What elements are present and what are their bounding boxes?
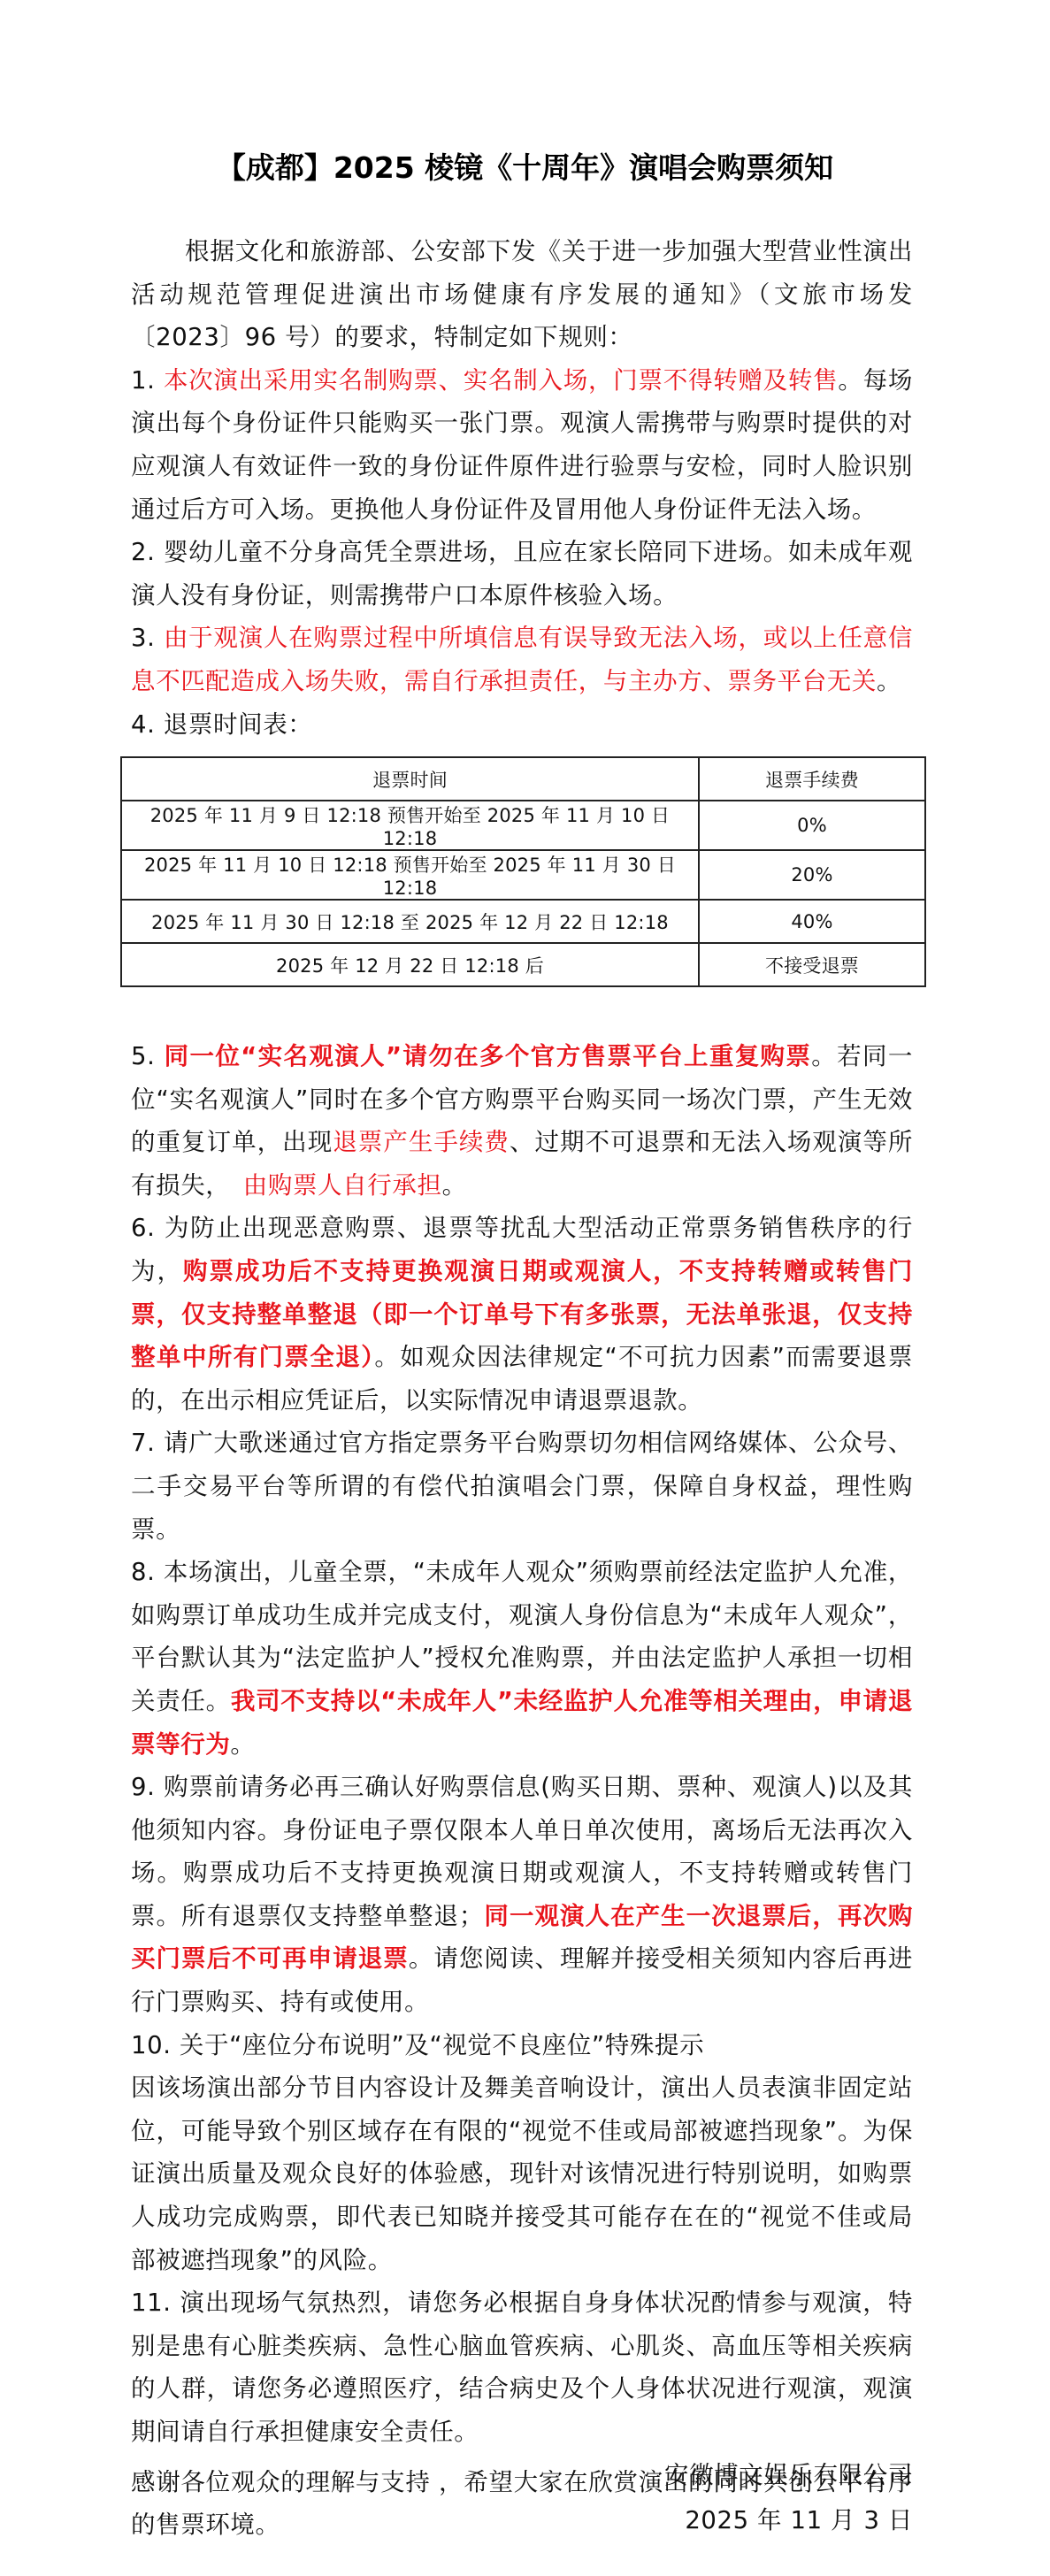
item-text: 请广大歌迷通过官方指定票务平台购票切勿相信网络媒体、公众号、二手交易平台等所谓的… bbox=[131, 1429, 913, 1543]
rule-item-4: 4. 退票时间表： bbox=[131, 703, 913, 747]
header-refund-time: 退票时间 bbox=[121, 757, 699, 801]
item-text: 退票时间表： bbox=[164, 710, 313, 739]
refund-fee: 0% bbox=[699, 801, 925, 850]
item-number: 6. bbox=[131, 1214, 155, 1242]
rule-item-2: 2. 婴幼儿童不分身高凭全票进场，且应在家长陪同下进场。如未成年观演人没有身份证… bbox=[131, 531, 913, 617]
item-number: 5. bbox=[131, 1042, 155, 1070]
item-number: 9. bbox=[131, 1773, 155, 1801]
table-header-row: 退票时间 退票手续费 bbox=[121, 757, 925, 801]
refund-period: 2025 年 11 月 10 日 12:18 预售开始至 2025 年 11 月… bbox=[121, 850, 699, 900]
table-row: 2025 年 11 月 9 日 12:18 预售开始至 2025 年 11 月 … bbox=[121, 801, 925, 850]
rule-item-5: 5. 同一位“实名观演人”请勿在多个官方售票平台上重复购票。若同一位“实名观演人… bbox=[131, 1035, 913, 1207]
emphasis-text: 由购票人自行承担 bbox=[243, 1171, 442, 1200]
refund-schedule-table: 退票时间 退票手续费 2025 年 11 月 9 日 12:18 预售开始至 2… bbox=[120, 756, 926, 987]
item-text: 。 bbox=[877, 667, 901, 695]
item-text: 演出现场气氛热烈，请您务必根据自身身体状况酌情参与观演，特别是患有心脏类疾病、急… bbox=[131, 2288, 913, 2446]
item-number: 8. bbox=[131, 1558, 155, 1586]
rule-item-3: 3. 由于观演人在购票过程中所填信息有误导致无法入场，或以上任意信息不匹配造成入… bbox=[131, 617, 913, 702]
refund-period: 2025 年 12 月 22 日 12:18 后 bbox=[121, 943, 699, 986]
emphasis-text: 本次演出采用实名制购票、实名制入场，门票不得转赠及转售 bbox=[164, 366, 838, 395]
item-number: 7. bbox=[131, 1429, 155, 1457]
rule-item-6: 6. 为防止出现恶意购票、退票等扰乱大型活动正常票务销售秩序的行为，购票成功后不… bbox=[131, 1207, 913, 1422]
intro-paragraph: 根据文化和旅游部、公安部下发《关于进一步加强大型营业性演出活动规范管理促进演出市… bbox=[131, 230, 913, 359]
emphasis-text: 同一位“实名观演人”请勿在多个官方售票平台上重复购票 bbox=[165, 1042, 812, 1070]
signature-company: 安徽博文娱乐有限公司 bbox=[664, 2455, 913, 2490]
item-text: 关于“座位分布说明”及“视觉不良座位”特殊提示 bbox=[180, 2031, 704, 2059]
table-row: 2025 年 11 月 30 日 12:18 至 2025 年 12 月 22 … bbox=[121, 900, 925, 943]
rule-item-9: 9. 购票前请务必再三确认好购票信息(购买日期、票种、观演人)以及其他须知内容。… bbox=[131, 1766, 913, 2024]
refund-period: 2025 年 11 月 30 日 12:18 至 2025 年 12 月 22 … bbox=[121, 900, 699, 943]
rule-item-10: 10. 关于“座位分布说明”及“视觉不良座位”特殊提示 bbox=[131, 2024, 913, 2067]
refund-fee: 40% bbox=[699, 900, 925, 943]
document-title: 【成都】2025 棱镜《十周年》演唱会购票须知 bbox=[0, 145, 1050, 187]
item-text: 。 bbox=[230, 1730, 255, 1759]
emphasis-text: 由于观演人在购票过程中所填信息有误导致无法入场，或以上任意信息不匹配造成入场失败… bbox=[131, 624, 913, 695]
item-text: 。 bbox=[442, 1171, 467, 1200]
rule-item-8: 8. 本场演出，儿童全票，“未成年人观众”须购票前经法定监护人允准，如购票订单成… bbox=[131, 1551, 913, 1766]
refund-fee: 不接受退票 bbox=[699, 943, 925, 986]
refund-fee: 20% bbox=[699, 850, 925, 900]
rule-item-7: 7. 请广大歌迷通过官方指定票务平台购票切勿相信网络媒体、公众号、二手交易平台等… bbox=[131, 1422, 913, 1551]
item-text: 婴幼儿童不分身高凭全票进场，且应在家长陪同下进场。如未成年观演人没有身份证，则需… bbox=[131, 538, 913, 609]
item-number: 4. bbox=[131, 710, 155, 739]
item-number: 2. bbox=[131, 538, 155, 566]
item-number: 3. bbox=[131, 624, 155, 652]
rule-item-11: 11. 演出现场气氛热烈，请您务必根据自身身体状况酌情参与观演，特别是患有心脏类… bbox=[131, 2281, 913, 2453]
rule-item-1: 1. 本次演出采用实名制购票、实名制入场，门票不得转赠及转售。每场演出每个身份证… bbox=[131, 359, 913, 531]
rule-item-10-body: 因该场演出部分节目内容设计及舞美音响设计，演出人员表演非固定站位，可能导致个别区… bbox=[131, 2066, 913, 2281]
signature-date: 2025 年 11 月 3 日 bbox=[685, 2500, 913, 2535]
header-refund-fee: 退票手续费 bbox=[699, 757, 925, 801]
refund-period: 2025 年 11 月 9 日 12:18 预售开始至 2025 年 11 月 … bbox=[121, 801, 699, 850]
notice-body-bottom: 5. 同一位“实名观演人”请勿在多个官方售票平台上重复购票。若同一位“实名观演人… bbox=[131, 1035, 913, 2547]
table-row: 2025 年 11 月 10 日 12:18 预售开始至 2025 年 11 月… bbox=[121, 850, 925, 900]
notice-body-top: 根据文化和旅游部、公安部下发《关于进一步加强大型营业性演出活动规范管理促进演出市… bbox=[131, 230, 913, 746]
ticket-notice-document: 【成都】2025 棱镜《十周年》演唱会购票须知 根据文化和旅游部、公安部下发《关… bbox=[0, 0, 1050, 2576]
table-row: 2025 年 12 月 22 日 12:18 后 不接受退票 bbox=[121, 943, 925, 986]
item-number: 1. bbox=[131, 366, 155, 395]
item-number: 11. bbox=[131, 2288, 172, 2317]
emphasis-text: 退票产生手续费 bbox=[333, 1128, 510, 1156]
item-number: 10. bbox=[131, 2031, 172, 2059]
